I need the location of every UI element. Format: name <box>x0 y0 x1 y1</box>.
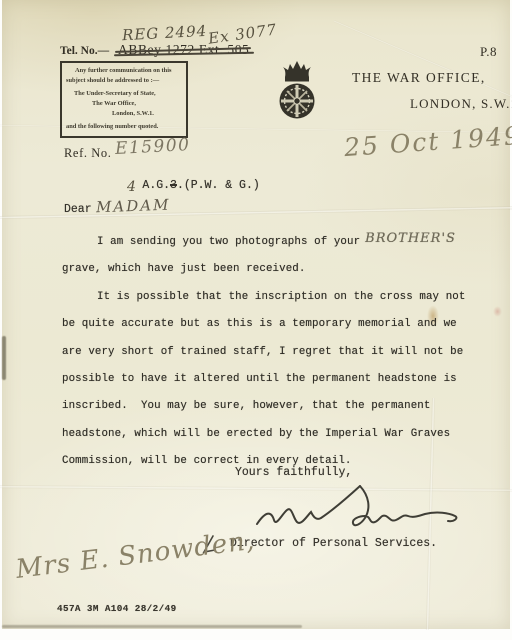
ref-dept-struck-digit: 3 <box>170 179 177 192</box>
body-line: be quite accurate but as this is a tempo… <box>62 311 465 338</box>
signature-title: Director of Personal Services. <box>230 537 437 550</box>
handwritten-dept-digit: 4 <box>127 179 136 195</box>
stain-mark-small <box>493 306 502 317</box>
handwritten-recipient: Mrs E. Snowden, <box>14 526 257 585</box>
letter-body: I am sending you two photographs of your… <box>62 227 465 476</box>
body-line: grave, which have just been received. <box>62 256 465 283</box>
tel-label: Tel. No.— <box>60 45 109 57</box>
page-ref: P.8 <box>480 44 497 60</box>
body-line: headstone, which will be erected by the … <box>62 421 465 448</box>
closing: Yours faithfully, <box>235 466 352 479</box>
handwritten-date: 25 Oct 1949 <box>343 121 512 162</box>
handwritten-exchange: REG 2494 <box>122 22 208 44</box>
notice-line: subject should be addressed to :— <box>66 76 182 86</box>
handwritten-salutation: MADAM <box>96 196 171 217</box>
paper-edge-left <box>2 336 6 380</box>
salutation: Dear <box>64 203 92 216</box>
notice-line: Any further communication on this <box>66 66 182 76</box>
body-line: are very short of trained staff, I regre… <box>62 339 465 366</box>
notice-line: and the following number quoted. <box>66 122 182 132</box>
notice-line: The War Office, <box>66 99 182 109</box>
office-city: LONDON, S.W.1. <box>410 96 512 112</box>
office-name: THE WAR OFFICE, <box>352 70 486 86</box>
form-number: 457A 3M A104 28/2/49 <box>57 603 177 614</box>
body-line: It is possible that the inscription on t… <box>62 284 465 311</box>
ref-dept-suffix: .(P.W. & G.) <box>177 179 260 192</box>
notice-line: London, S.W.1. <box>66 109 182 119</box>
handwritten-ref-number: E15900 <box>115 135 191 159</box>
body-line: possible to have it altered until the pe… <box>62 366 465 393</box>
ref-dept-prefix: A.G. <box>142 179 170 192</box>
paper-edge-bottom <box>2 625 302 628</box>
war-office-crest-icon <box>274 57 320 125</box>
ref-label: Ref. No. <box>64 146 112 161</box>
letter-paper: REG 2494 Ex 3077 Tel. No.— ABBey 1272 Ex… <box>2 0 510 629</box>
body-line: inscribed. You may be sure, however, tha… <box>62 393 465 420</box>
scanned-letter: REG 2494 Ex 3077 Tel. No.— ABBey 1272 Ex… <box>0 0 512 640</box>
handwritten-brothers: BROTHER'S <box>365 231 456 246</box>
notice-line: The Under-Secretary of State, <box>66 89 182 99</box>
body-line: I am sending you two photographs of your… <box>62 227 465 256</box>
fold-crease-diagonal <box>334 20 512 100</box>
notice-box: Any further communication on this subjec… <box>60 61 188 138</box>
